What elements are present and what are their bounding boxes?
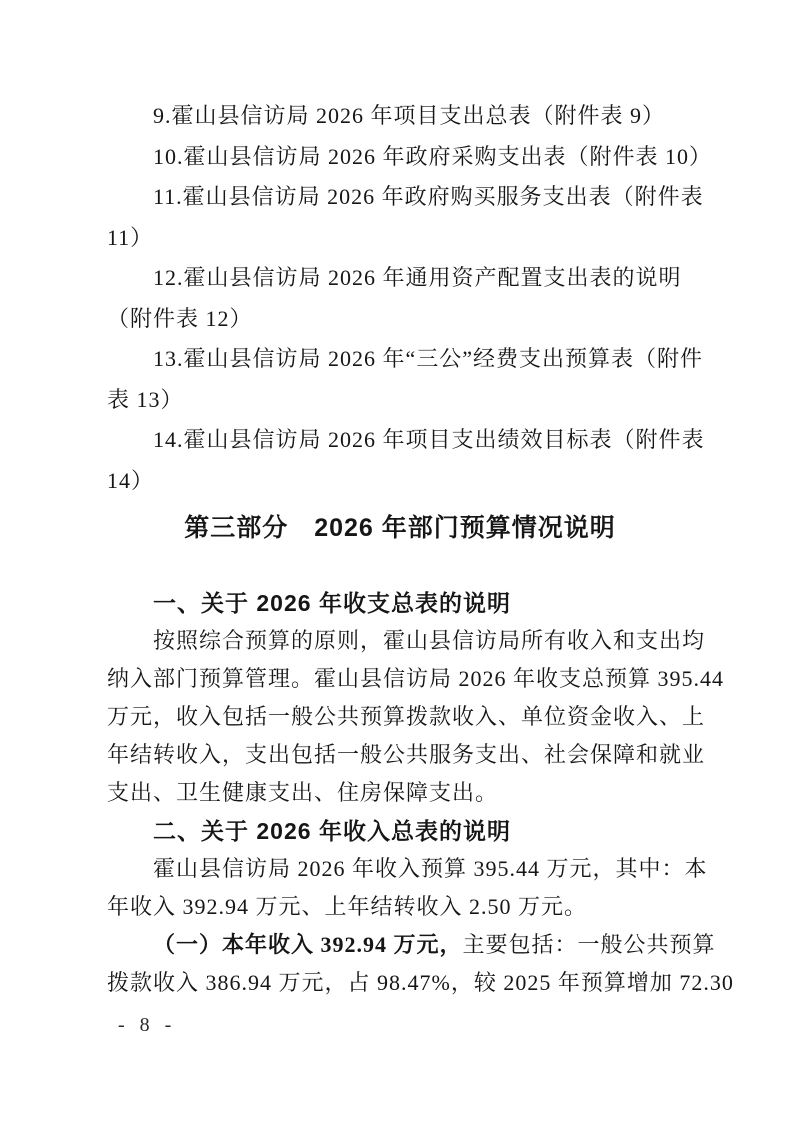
toc-line-14: 14.霍山县信访局 2026 年项目支出绩效目标表（附件表 [107,420,693,461]
section1-paragraph: 按照综合预算的原则，霍山县信访局所有收入和支出均 纳入部门预算管理。霍山县信访局… [107,622,693,812]
toc-line-13-cont: 表 13） [107,380,693,421]
part-heading: 第三部分 2026 年部门预算情况说明 [107,508,693,548]
text-column: 9.霍山县信访局 2026 年项目支出总表（附件表 9） 10.霍山县信访局 2… [107,96,693,1002]
item1-regular-run: 主要包括：一般公共预算 [463,932,716,957]
document-page: 9.霍山县信访局 2026 年项目支出总表（附件表 9） 10.霍山县信访局 2… [0,0,793,1122]
toc-line-11: 11.霍山县信访局 2026 年政府购买服务支出表（附件表 [107,177,693,218]
toc-line-14-cont: 14） [107,461,693,502]
item1-bold-run: （一）本年收入 392.94 万元， [153,932,463,957]
section2-heading: 二、关于 2026 年收入总表的说明 [107,812,693,850]
body-line: 年收入 392.94 万元、上年结转收入 2.50 万元。 [107,888,693,926]
toc-line-9: 9.霍山县信访局 2026 年项目支出总表（附件表 9） [107,96,693,137]
toc-line-13: 13.霍山县信访局 2026 年“三公”经费支出预算表（附件 [107,339,693,380]
section1-heading: 一、关于 2026 年收支总表的说明 [107,584,693,622]
body-line-item1: （一）本年收入 392.94 万元，主要包括：一般公共预算 [107,926,693,964]
attachment-list: 9.霍山县信访局 2026 年项目支出总表（附件表 9） 10.霍山县信访局 2… [107,96,693,501]
body-line: 纳入部门预算管理。霍山县信访局 2026 年收支总预算 395.44 [107,660,693,698]
body-line: 霍山县信访局 2026 年收入预算 395.44 万元，其中：本 [107,850,693,888]
body-line: 支出、卫生健康支出、住房保障支出。 [107,774,693,812]
body-line: 拨款收入 386.94 万元，占 98.47%，较 2025 年预算增加 72.… [107,964,693,1002]
page-number: - 8 - [118,1014,176,1037]
toc-line-12: 12.霍山县信访局 2026 年通用资产配置支出表的说明 [107,258,693,299]
toc-line-10: 10.霍山县信访局 2026 年政府采购支出表（附件表 10） [107,137,693,178]
body-line: 按照综合预算的原则，霍山县信访局所有收入和支出均 [107,622,693,660]
body-line: 万元，收入包括一般公共预算拨款收入、单位资金收入、上 [107,698,693,736]
toc-line-11-cont: 11） [107,218,693,259]
body-line: 年结转收入，支出包括一般公共服务支出、社会保障和就业 [107,736,693,774]
toc-line-12-cont: （附件表 12） [107,299,693,340]
section2-paragraph: 霍山县信访局 2026 年收入预算 395.44 万元，其中：本 年收入 392… [107,850,693,1002]
